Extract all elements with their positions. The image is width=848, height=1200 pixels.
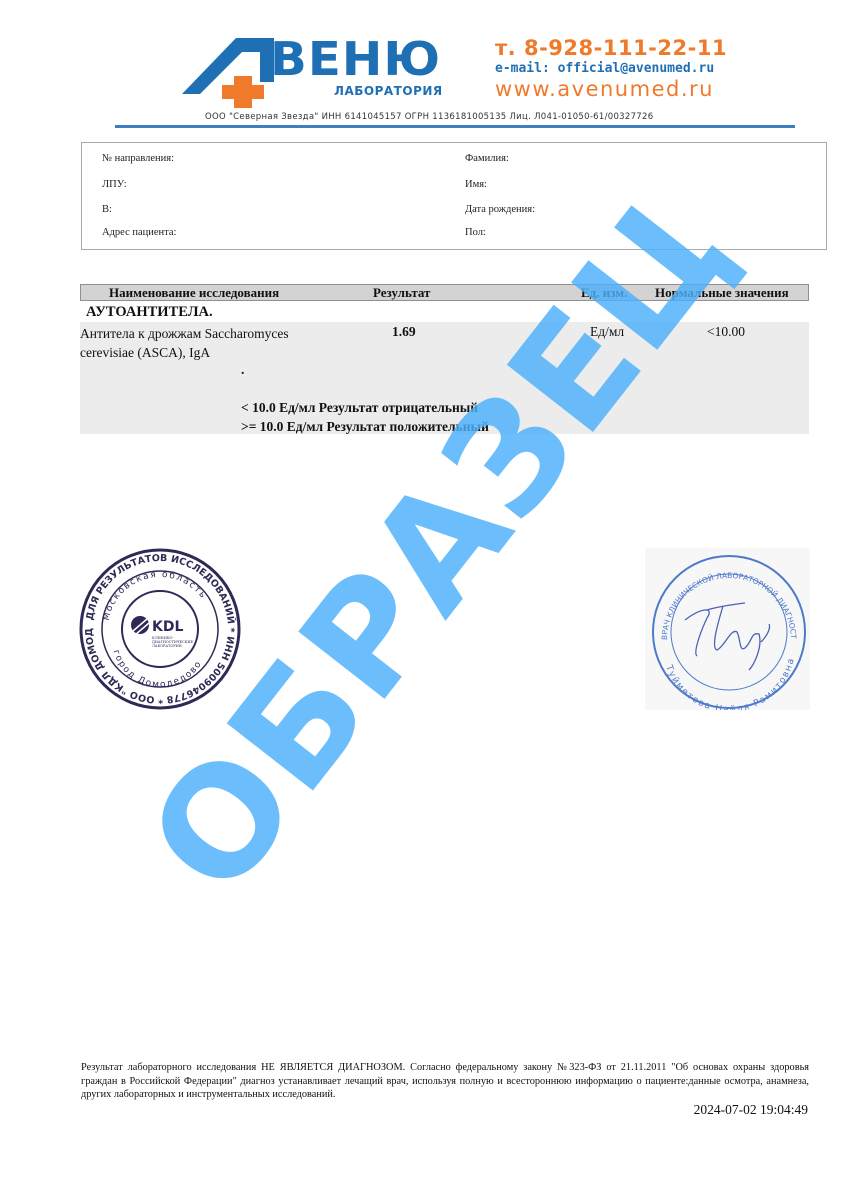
table-header: Наименование исследования Результат Ед. … — [80, 284, 809, 301]
header-divider — [115, 125, 795, 128]
svg-text:KDL: KDL — [152, 619, 183, 635]
test-name-line1: Антитела к дрожжам Saccharomyces — [80, 324, 320, 343]
legal-disclaimer: Результат лабораторного исследования НЕ … — [81, 1061, 809, 1102]
doctor-signature-stamp: ВРАЧ КЛИНИЧЕСКОЙ ЛАБОРАТОРНОЙ ДИАГНОСТИК… — [645, 548, 810, 710]
surname-label: Фамилия: — [465, 153, 509, 164]
patient-info-box: № направления: ЛПУ: В: Адрес пациента: Ф… — [81, 142, 827, 250]
birthdate-label: Дата рождения: — [465, 204, 535, 215]
brand-subtitle: ЛАБОРАТОРИЯ — [334, 84, 443, 98]
column-header-result: Результат — [373, 285, 430, 301]
letterhead: ВЕНЮ ЛАБОРАТОРИЯ т. 8-928-111-22-11 e-ma… — [110, 28, 800, 130]
referral-number-label: № направления: — [102, 153, 174, 164]
phone: т. 8-928-111-22-11 — [495, 36, 727, 60]
patient-address-label: Адрес пациента: — [102, 227, 176, 238]
website: www.avenumed.ru — [495, 77, 727, 101]
sex-label: Пол: — [465, 227, 486, 238]
kdl-stamp-icon: ДЛЯ РЕЗУЛЬТАТОВ ИССЛЕДОВАНИЙ * ИНН 50090… — [78, 547, 243, 712]
test-name-line2: cerevisiae (ASCA), IgA — [80, 343, 320, 362]
v-label: В: — [102, 204, 112, 215]
test-name: Антитела к дрожжам Saccharomyces cerevis… — [80, 324, 320, 362]
normal-range: <10.00 — [707, 324, 745, 340]
aveny-logo: ВЕНЮ ЛАБОРАТОРИЯ — [178, 36, 448, 106]
report-timestamp: 2024-07-02 19:04:49 — [694, 1102, 808, 1118]
comment-negative: < 10.0 Ед/мл Результат отрицательный — [241, 398, 489, 417]
kdl-lab-stamp: ДЛЯ РЕЗУЛЬТАТОВ ИССЛЕДОВАНИЙ * ИНН 50090… — [78, 547, 243, 712]
unit: Ед/мл — [590, 324, 624, 340]
interpretation-comment: < 10.0 Ед/мл Результат отрицательный >= … — [241, 398, 489, 436]
table-row: Антитела к дрожжам Saccharomyces cerevis… — [80, 322, 809, 434]
brand-name: ВЕНЮ — [270, 34, 441, 84]
svg-text:ЛАБОРАТОРИИ: ЛАБОРАТОРИИ — [152, 644, 182, 648]
column-header-normal-range: Нормальные значения — [655, 285, 789, 301]
result-value: 1.69 — [392, 324, 416, 340]
first-name-label: Имя: — [465, 179, 487, 190]
doctor-stamp-icon: ВРАЧ КЛИНИЧЕСКОЙ ЛАБОРАТОРНОЙ ДИАГНОСТИК… — [645, 548, 810, 710]
lpu-label: ЛПУ: — [102, 179, 127, 190]
column-header-unit: Ед. изм. — [581, 285, 627, 301]
results-table: Наименование исследования Результат Ед. … — [80, 284, 809, 434]
comment-positive: >= 10.0 Ед/мл Результат положительный — [241, 417, 489, 436]
company-details: ООО "Северная Звезда" ИНН 6141045157 ОГР… — [205, 112, 653, 122]
column-header-test-name: Наименование исследования — [109, 285, 279, 301]
section-title: АУТОАНТИТЕЛА. — [80, 301, 809, 322]
contacts: т. 8-928-111-22-11 e-mail: official@aven… — [495, 36, 727, 101]
email: e-mail: official@avenumed.ru — [495, 60, 727, 77]
svg-text:ВРАЧ КЛИНИЧЕСКОЙ ЛАБОРАТОРНОЙ: ВРАЧ КЛИНИЧЕСКОЙ ЛАБОРАТОРНОЙ ДИАГНОСТИК… — [645, 548, 798, 640]
separator-dot: . — [241, 362, 244, 378]
